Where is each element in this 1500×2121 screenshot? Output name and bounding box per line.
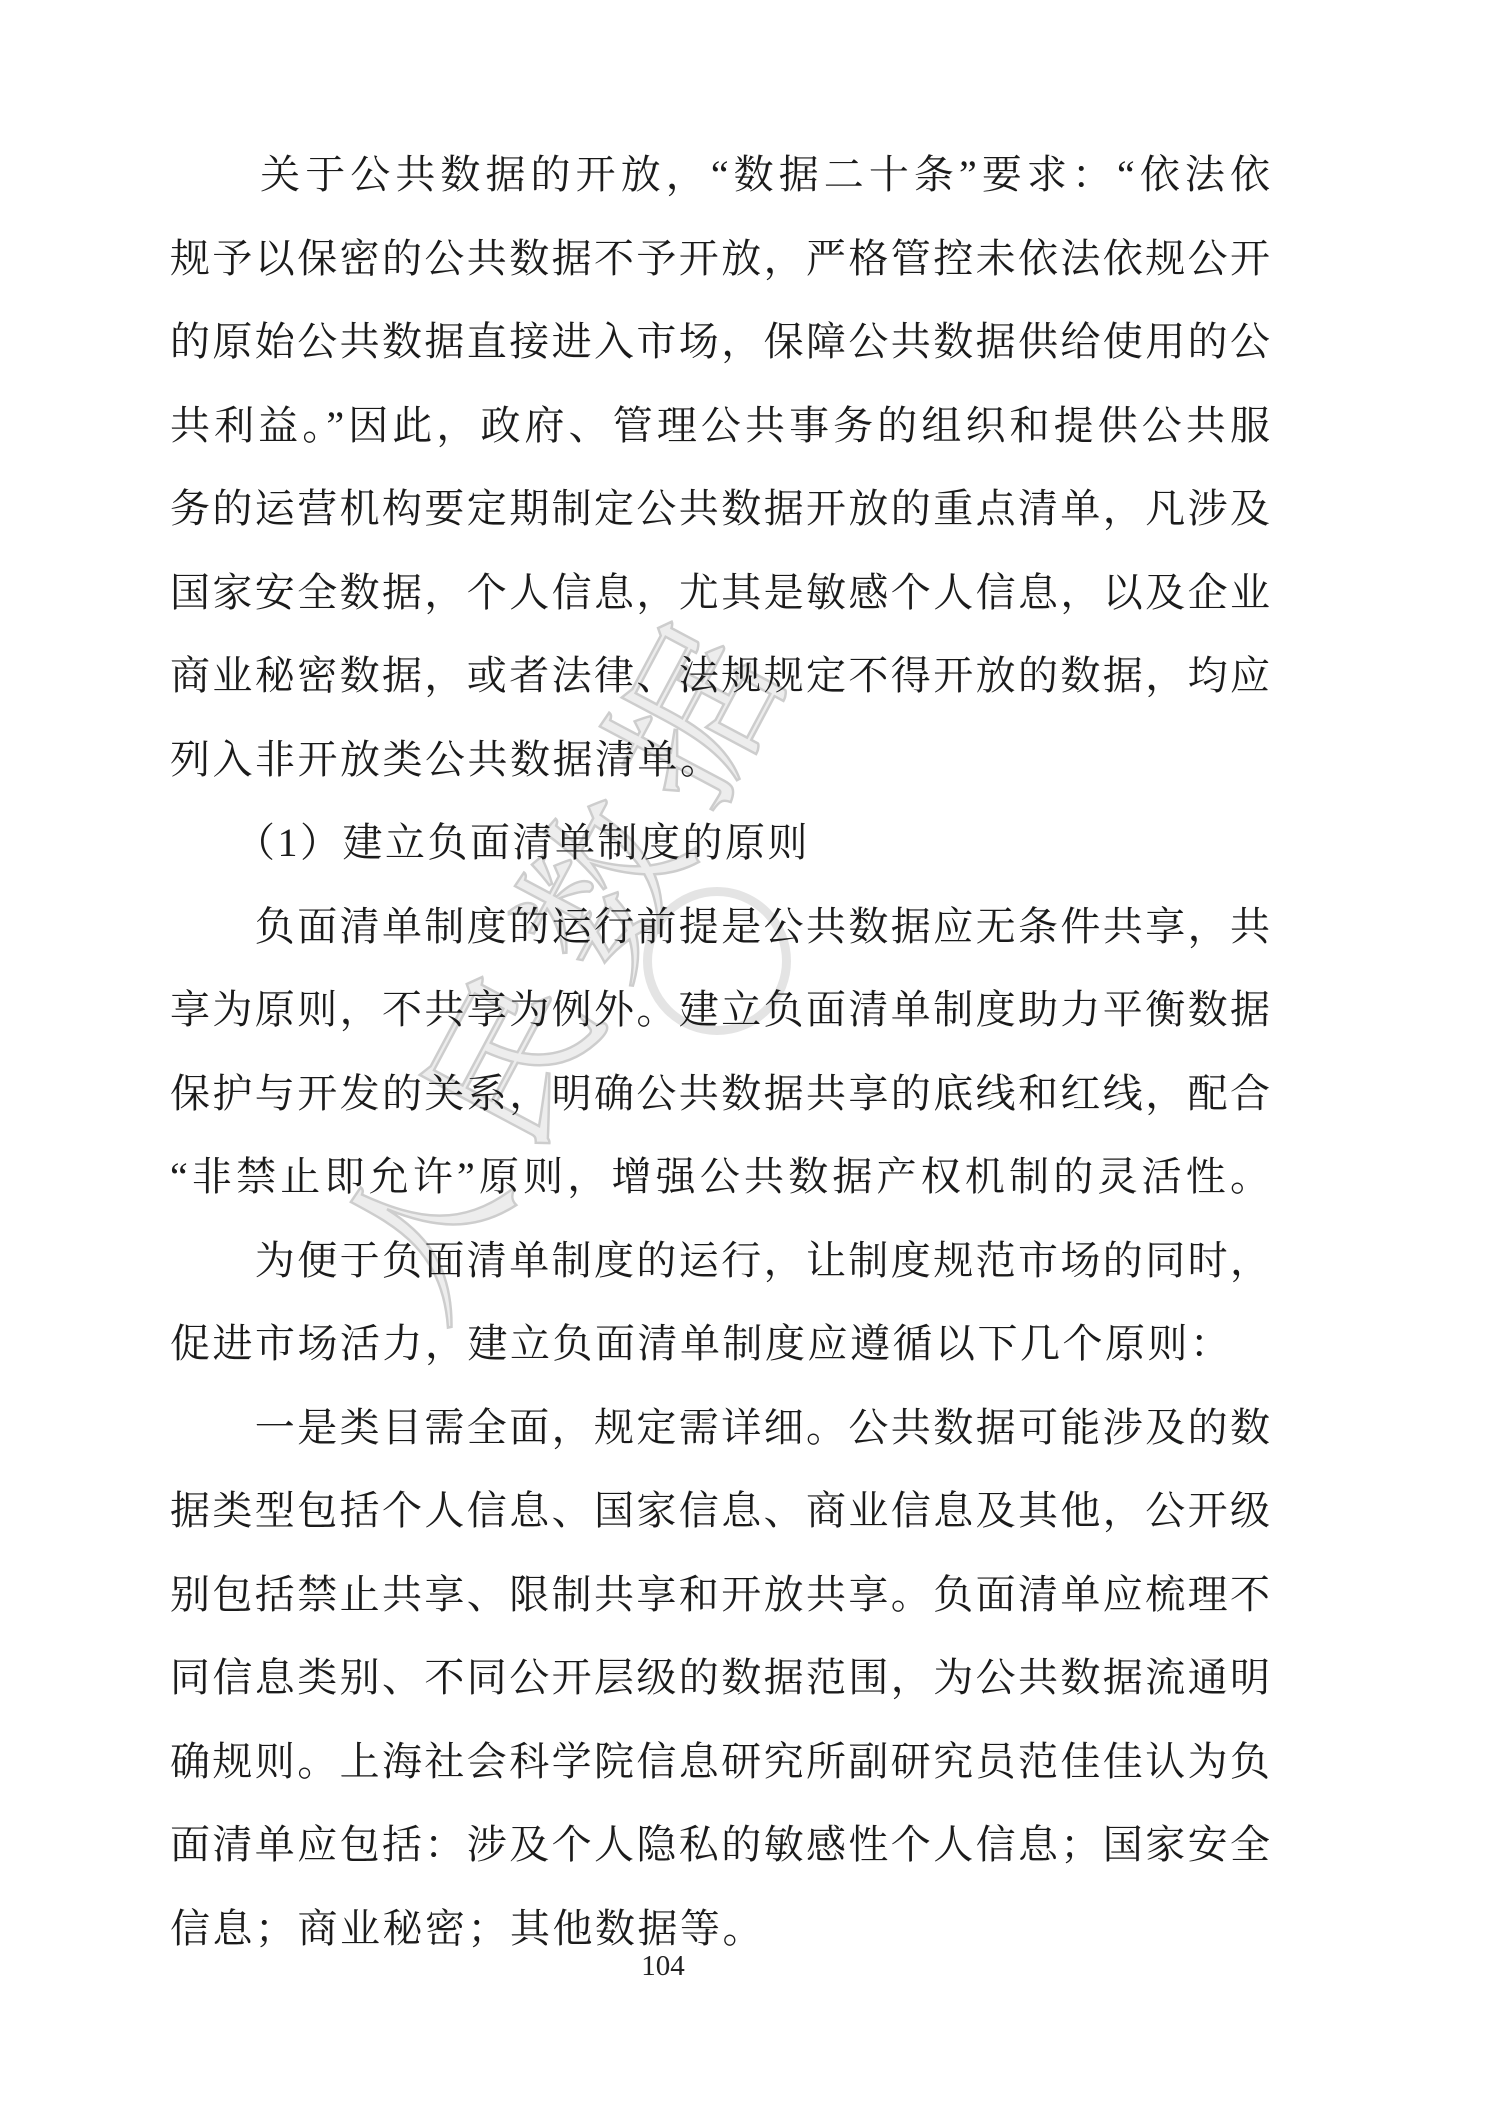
- text-line: 负面清单制度的运行前提是公共数据应无条件共享，共: [170, 885, 1270, 969]
- text-line: 规予以保密的公共数据不予开放，严格管控未依法依规公开: [170, 217, 1270, 301]
- text-line: 面清单应包括：涉及个人隐私的敏感性个人信息；国家安全: [170, 1803, 1270, 1887]
- body-text: 关于公共数据的开放，“数据二十条”要求：“依法依 规予以保密的公共数据不予开放，…: [170, 133, 1270, 1970]
- text-line: 同信息类别、不同公开层级的数据范围，为公共数据流通明: [170, 1636, 1270, 1720]
- text-line: 促进市场活力，建立负面清单制度应遵循以下几个原则：: [170, 1302, 1270, 1386]
- text-line: 信息；商业秘密；其他数据等。: [170, 1887, 1270, 1971]
- text-line: 务的运营机构要定期制定公共数据开放的重点清单，凡涉及: [170, 467, 1270, 551]
- page-number: 104: [633, 1950, 693, 1983]
- text-line: 据类型包括个人信息、国家信息、商业信息及其他，公开级: [170, 1469, 1270, 1553]
- text-line: 保护与开发的关系，明确公共数据共享的底线和红线，配合: [170, 1052, 1270, 1136]
- section-heading: （1）建立负面清单制度的原则: [170, 801, 1270, 885]
- text-line: 别包括禁止共享、限制共享和开放共享。负面清单应梳理不: [170, 1553, 1270, 1637]
- text-line: 国家安全数据，个人信息，尤其是敏感个人信息，以及企业: [170, 551, 1270, 635]
- text-line: 为便于负面清单制度的运行，让制度规范市场的同时，: [170, 1219, 1270, 1303]
- text-line: 商业秘密数据，或者法律、法规规定不得开放的数据，均应: [170, 634, 1270, 718]
- text-line: 享为原则，不共享为例外。建立负面清单制度助力平衡数据: [170, 968, 1270, 1052]
- text-line: 的原始公共数据直接进入市场，保障公共数据供给使用的公: [170, 300, 1270, 384]
- text-line: 共利益。”因此，政府、管理公共事务的组织和提供公共服: [170, 384, 1270, 468]
- text-line: 关于公共数据的开放，“数据二十条”要求：“依法依: [170, 133, 1270, 217]
- text-line: 确规则。上海社会科学院信息研究所副研究员范佳佳认为负: [170, 1720, 1270, 1804]
- text-line: 列入非开放类公共数据清单。: [170, 718, 1270, 802]
- text-line: 一是类目需全面，规定需详细。公共数据可能涉及的数: [170, 1386, 1270, 1470]
- text-line: “非禁止即允许”原则，增强公共数据产权机制的灵活性。: [170, 1135, 1270, 1219]
- document-page: 人民数据 关于公共数据的开放，“数据二十条”要求：“依法依 规予以保密的公共数据…: [0, 0, 1500, 2121]
